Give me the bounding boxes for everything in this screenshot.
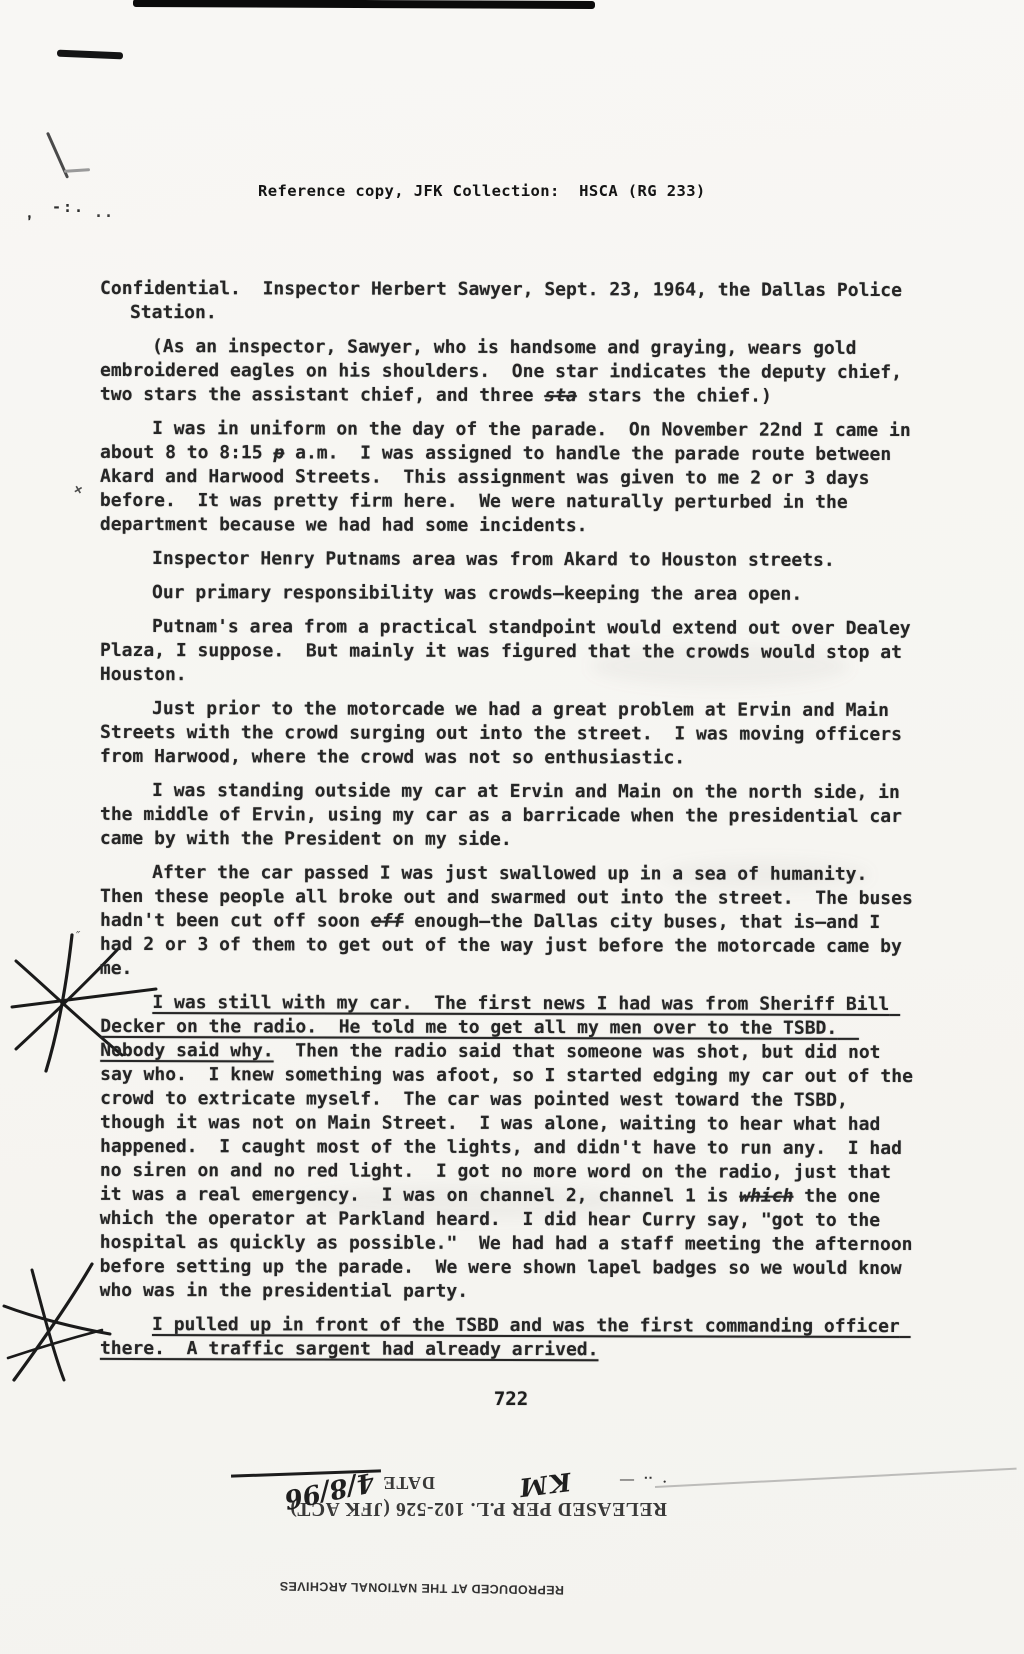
paragraph: After the car passed I was just swallowe…	[100, 861, 922, 983]
margin-x-mark: ×	[72, 481, 84, 499]
paragraph: Confidential. Inspector Herbert Sawyer, …	[100, 277, 922, 327]
paragraph: I was still with my car. The first news …	[100, 991, 923, 1305]
text-segment: Then the radio said that someone was sho…	[100, 1040, 924, 1206]
pen-dash-mark	[57, 50, 123, 60]
document-body: Confidential. Inspector Herbert Sawyer, …	[100, 278, 922, 1362]
paragraph: Just prior to the motorcade we had a gre…	[100, 697, 922, 771]
document-body-column: Reference copy, JFK Collection: HSCA (RG…	[100, 182, 922, 1410]
text-segment: Inspector Henry Putnams area was from Ak…	[152, 548, 835, 571]
pen-tail-mark	[64, 168, 90, 173]
text-segment: Just prior to the motorcade we had a gre…	[100, 698, 913, 768]
text-segment: (As an inspector, Sawyer, who is handsom…	[100, 336, 913, 406]
pen-scribble-mark: ,	[22, 203, 35, 223]
reference-header: Reference copy, JFK Collection: HSCA (RG…	[100, 182, 922, 200]
stamp-released-line: RELEASED PER P.L. 102-526 (JFK ACT)	[205, 1497, 667, 1519]
text-segment: stars the chief.)	[577, 385, 772, 407]
crease-line	[655, 1468, 1017, 1488]
text-segment: Our primary responsibility was crowds—ke…	[152, 582, 802, 605]
paragraph: I was standing outside my car at Ervin a…	[100, 779, 922, 853]
archives-footer: REPRODUCED AT THE NATIONAL ARCHIVES	[282, 1579, 564, 1597]
stamp-date-label: DATE	[382, 1472, 435, 1493]
struck-text: which	[739, 1186, 793, 1207]
document-page: , -:. .. × ″ Reference copy, JFK Collect…	[0, 0, 1024, 1654]
paragraph: (As an inspector, Sawyer, who is handsom…	[100, 335, 922, 409]
struck-text: sta	[544, 385, 577, 406]
scanned-page: { "document": { "header": "Reference cop…	[0, 0, 1024, 1654]
paragraph: Inspector Henry Putnams area was from Ak…	[100, 547, 922, 573]
stamp-date-line: · ‥ — KM DATE 4/8/96	[205, 1465, 667, 1495]
paragraph: I pulled up in front of the TSBD and was…	[100, 1313, 922, 1363]
page-number: 722	[100, 1388, 922, 1410]
text-segment: Confidential. Inspector Herbert Sawyer, …	[100, 278, 913, 323]
text-segment: I was standing outside my car at Ervin a…	[100, 780, 913, 850]
text-segment: Putnam's area from a practical standpoin…	[100, 616, 922, 685]
pen-scribble-mark: -:.	[52, 198, 85, 216]
paragraph: Putnam's area from a practical standpoin…	[100, 615, 922, 689]
paragraph: Our primary responsibility was crowds—ke…	[100, 581, 922, 607]
redaction-bar	[133, 0, 595, 9]
release-stamp: RELEASED PER P.L. 102-526 (JFK ACT) · ‥ …	[205, 1465, 667, 1519]
struck-text: eff	[371, 911, 404, 932]
paragraph: I was in uniform on the day of the parad…	[100, 417, 922, 539]
struck-text: p	[273, 442, 284, 463]
underlined-text: I pulled up in front of the TSBD and was…	[100, 1314, 911, 1360]
